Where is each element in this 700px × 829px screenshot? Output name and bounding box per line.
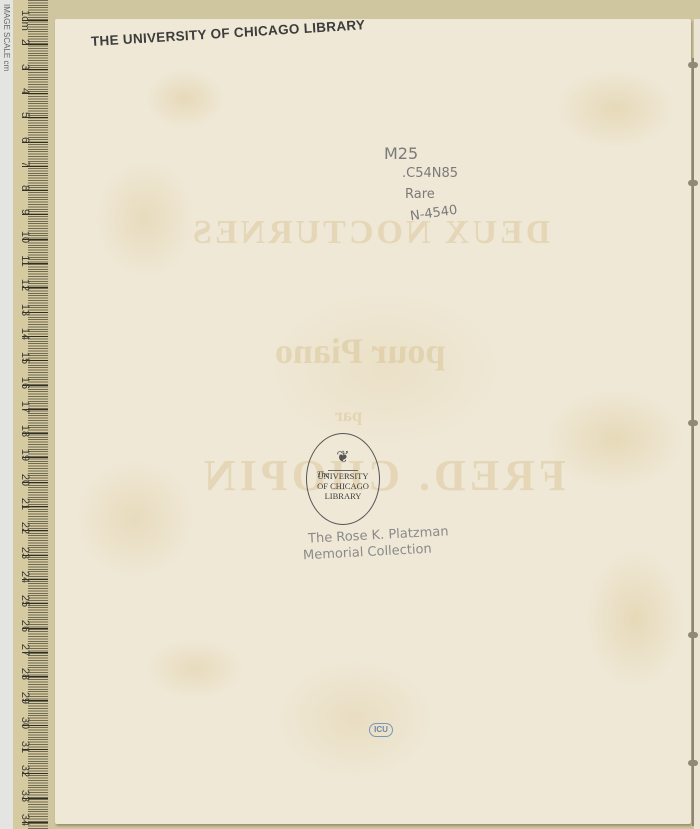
ruler-number: 18 bbox=[19, 423, 31, 439]
document-page bbox=[55, 19, 691, 824]
binding-stitch bbox=[688, 760, 698, 766]
ruler-number: 21 bbox=[19, 496, 31, 512]
ruler-ticks bbox=[28, 0, 48, 829]
ruler-number: 11 bbox=[19, 253, 31, 269]
ruler-number: 33 bbox=[19, 788, 31, 804]
ruler-number: 25 bbox=[19, 593, 31, 609]
binding-stitch bbox=[688, 180, 698, 186]
ruler-number: 30 bbox=[19, 715, 31, 731]
ruler-number: 2 bbox=[19, 34, 31, 50]
ruler-number: 5 bbox=[19, 107, 31, 123]
ruler-number: 7 bbox=[19, 156, 31, 172]
ruler-label-strip: IMAGE SCALE cm bbox=[0, 0, 13, 829]
icu-mark: ICU bbox=[369, 723, 393, 737]
ruler-number: 24 bbox=[19, 569, 31, 585]
ruler-number: 15 bbox=[19, 350, 31, 366]
library-bookplate-seal: ❦ The UNIVERSITY OF CHICAGO LIBRARY bbox=[306, 433, 380, 525]
ruler-number: 8 bbox=[19, 180, 31, 196]
call-number-line: M25 bbox=[384, 144, 418, 163]
binding-stitch bbox=[688, 632, 698, 638]
ruler-number: 13 bbox=[19, 302, 31, 318]
binding-edge bbox=[692, 58, 694, 826]
eagle-emblem-icon: ❦ bbox=[328, 446, 358, 471]
bleedthrough-title: DEUX NOCTURNES bbox=[190, 214, 550, 252]
ruler-number: 31 bbox=[19, 739, 31, 755]
ruler-number: 9 bbox=[19, 204, 31, 220]
ruler-number: 6 bbox=[19, 132, 31, 148]
ruler-number: 1cm bbox=[19, 10, 31, 26]
ruler-number: 14 bbox=[19, 326, 31, 342]
ruler-number: 19 bbox=[19, 447, 31, 463]
bleedthrough-line3: par bbox=[335, 405, 362, 426]
ruler-number: 12 bbox=[19, 277, 31, 293]
ruler-brand: IMAGE SCALE cm bbox=[1, 0, 12, 160]
bleedthrough-composer: FRED. CHOPIN bbox=[200, 450, 566, 501]
ruler-number: 26 bbox=[19, 618, 31, 634]
ruler-number: 27 bbox=[19, 642, 31, 658]
ruler-number: 3 bbox=[19, 59, 31, 75]
ruler-number: 34 bbox=[19, 812, 31, 828]
call-number-line: Rare bbox=[405, 187, 435, 202]
ruler-number: 17 bbox=[19, 399, 31, 415]
ruler-number: 23 bbox=[19, 545, 31, 561]
bleedthrough-line2: pour Piano bbox=[275, 330, 445, 372]
ruler-number: 16 bbox=[19, 375, 31, 391]
ruler-number: 28 bbox=[19, 666, 31, 682]
ruler-number: 20 bbox=[19, 472, 31, 488]
ruler-number: 10 bbox=[19, 229, 31, 245]
ruler-number: 29 bbox=[19, 690, 31, 706]
call-number-line: .C54N85 bbox=[402, 166, 458, 181]
ruler-number: 22 bbox=[19, 520, 31, 536]
binding-stitch bbox=[688, 420, 698, 426]
ruler-number: 32 bbox=[19, 763, 31, 779]
measurement-ruler: 1cm2345678910111213141516171819202122232… bbox=[13, 0, 48, 829]
binding-stitch bbox=[688, 62, 698, 68]
ruler-number: 4 bbox=[19, 83, 31, 99]
